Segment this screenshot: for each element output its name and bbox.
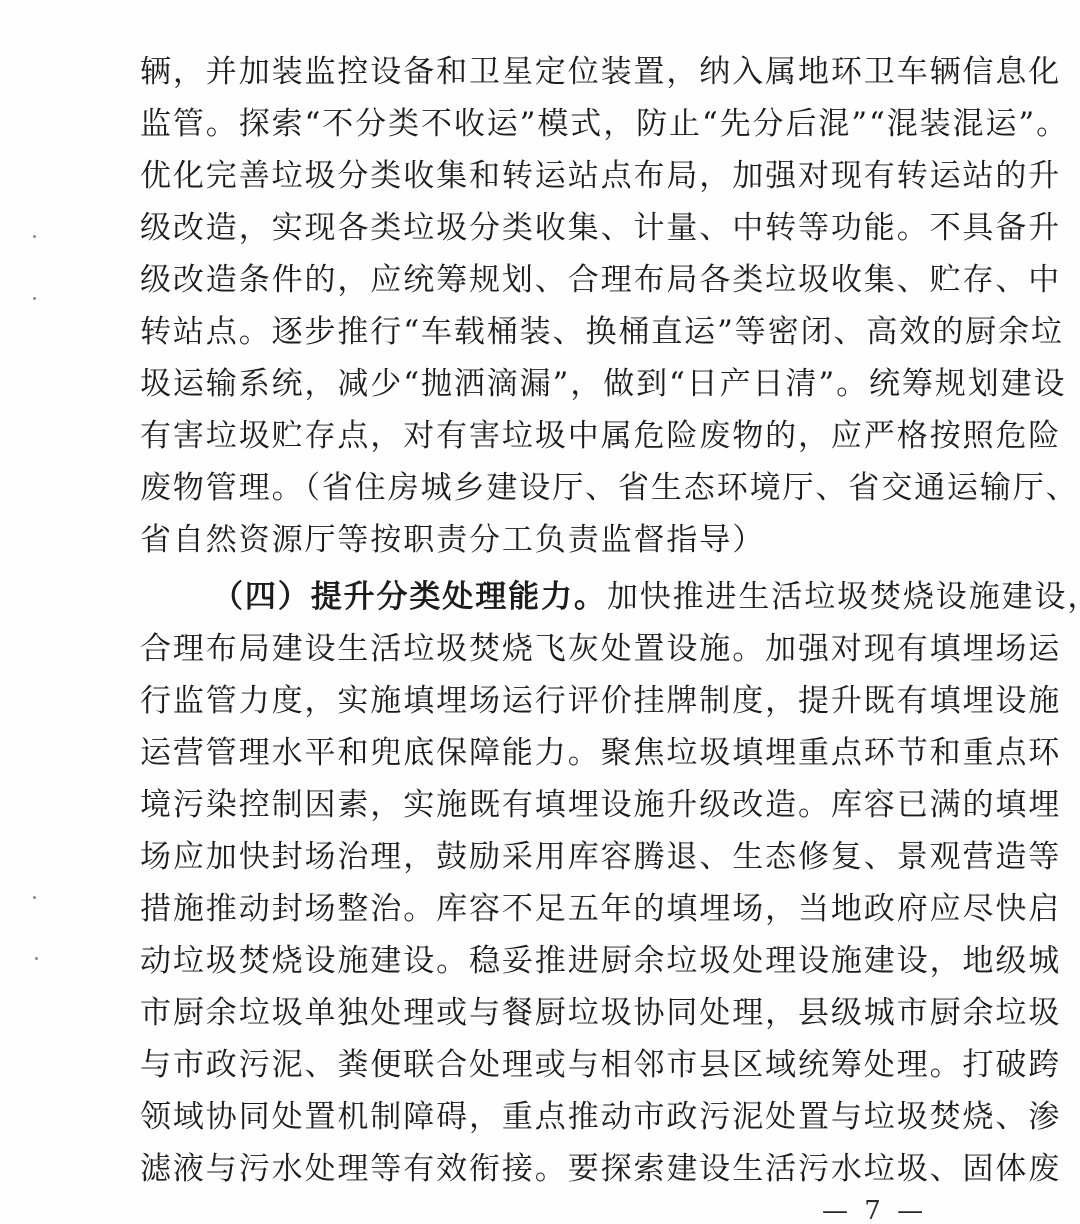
text-line: 措施推动封场整治。库容不足五年的填埋场，当地政府应尽快启 (140, 889, 950, 929)
text-line: 运营管理水平和兜底保障能力。聚焦垃圾填埋重点环节和重点环 (140, 733, 950, 773)
text-line: 境污染控制因素，实施既有填埋设施升级改造。库容已满的填埋 (140, 785, 950, 825)
text-line: 与市政污泥、粪便联合处理或与相邻市县区域统筹处理。打破跨 (140, 1045, 950, 1085)
text-line: 有害垃圾贮存点，对有害垃圾中属危险废物的，应严格按照危险 (140, 416, 950, 456)
text-line: 辆，并加装监控设备和卫星定位装置，纳入属地环卫车辆信息化 (140, 52, 950, 92)
text-line: 监管。探索“不分类不收运”模式，防止“先分后混”“混装混运”。 (140, 104, 950, 144)
text-line: 合理布局建设生活垃圾焚烧飞灰处置设施。加强对现有填埋场运 (140, 629, 950, 669)
section-heading: （四）提升分类处理能力。 (212, 579, 607, 615)
text-line: 级改造，实现各类垃圾分类收集、计量、中转等功能。不具备升 (140, 208, 950, 248)
text-line: 行监管力度，实施填埋场运行评价挂牌制度，提升既有填埋设施 (140, 681, 950, 721)
margin-mark (35, 957, 38, 960)
text-line: 圾运输系统，减少“抛洒滴漏”，做到“日产日清”。统筹规划建设 (140, 364, 950, 404)
text-line: 滤液与污水处理等有效衔接。要探索建设生活污水垃圾、固体废 (140, 1149, 950, 1189)
text-line: 转站点。逐步推行“车载桶装、换桶直运”等密闭、高效的厨余垃 (140, 312, 950, 352)
text-line: 优化完善垃圾分类收集和转运站点布局，加强对现有转运站的升 (140, 156, 950, 196)
section-first-line-text: 加快推进生活垃圾焚烧设施建设， (607, 579, 1080, 615)
text-line: 领域协同处置机制障碍，重点推动市政污泥处置与垃圾焚烧、渗 (140, 1097, 950, 1137)
margin-mark (33, 235, 36, 238)
document-page: 辆，并加装监控设备和卫星定位装置，纳入属地环卫车辆信息化 监管。探索“不分类不收… (0, 0, 1080, 1224)
margin-mark (33, 297, 36, 300)
text-line: 废物管理。（省住房城乡建设厅、省生态环境厅、省交通运输厅、 (140, 468, 950, 508)
text-line: 场应加快封场治理，鼓励采用库容腾退、生态修复、景观营造等 (140, 837, 950, 877)
text-line: 市厨余垃圾单独处理或与餐厨垃圾协同处理，县级城市厨余垃圾 (140, 993, 950, 1033)
text-line: 省自然资源厅等按职责分工负责监督指导） (140, 520, 950, 560)
text-line: 动垃圾焚烧设施建设。稳妥推进厨余垃圾处理设施建设，地级城 (140, 941, 950, 981)
page-number: — 7 — (822, 1196, 927, 1224)
section-heading-line: （四）提升分类处理能力。加快推进生活垃圾焚烧设施建设， (212, 577, 950, 617)
margin-mark (33, 896, 36, 899)
text-line: 级改造条件的，应统筹规划、合理布局各类垃圾收集、贮存、中 (140, 260, 950, 300)
